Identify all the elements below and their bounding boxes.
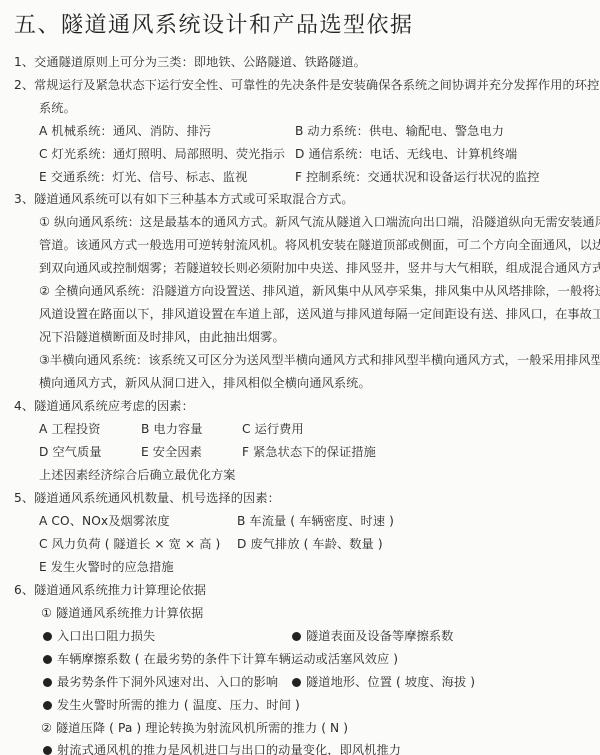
factor-b: B 电力容量	[141, 420, 203, 437]
s3-p3-line1: ③半横向通风系统：该系统又可区分为送风型半横向通风方式和排风型半横向通风方式，一…	[39, 351, 600, 368]
s3-p1-line2: 管道。该通风方式一般选用可逆转射流风机。将风机安装在隧道顶部或侧面，可二个方向全…	[39, 236, 600, 253]
system-item-b: B 动力系统：供电、输配电、警急电力	[295, 122, 504, 139]
page-title: 五、隧道通风系统设计和产品选型依据	[14, 8, 414, 39]
factor-c: C 运行费用	[242, 420, 304, 437]
factor-e: E 安全因素	[141, 443, 202, 460]
fan-factor-b: B 车流量 ( 车辆密度、时速 )	[237, 512, 394, 529]
system-item-e: E 交通系统：灯光、信号、标志、监视	[39, 168, 247, 185]
factor-f: F 紧急状态下的保证措施	[242, 443, 376, 460]
section-2-line2: 系统。	[39, 99, 76, 116]
factor-d: D 空气质量	[39, 443, 102, 460]
system-item-a: A 机械系统：通风、消防、排污	[39, 122, 211, 139]
factor-note: 上述因素经济综合后确立最优化方案	[39, 466, 236, 483]
bullet-item: 隧道表面及设备等摩擦系数	[292, 627, 453, 644]
bullet-icon	[43, 701, 52, 710]
bullet-icon	[292, 678, 301, 687]
factor-a: A 工程投资	[39, 420, 101, 437]
s3-p2-line1: ② 全横向通风系统：沿隧道方向设置送、排风道，新风集中从风亭采集，排风集中从风塔…	[39, 282, 600, 299]
section-5-heading: 5、隧道通风系统通风机数量、机号选择的因素：	[14, 489, 280, 506]
bullet-icon	[43, 678, 52, 687]
s3-p1-line3: 到双向通风或控制烟雾；若隧道较长则必须附加中央送、排风竖井，竖井与大气相联，组成…	[39, 259, 600, 276]
s3-p2-line3: 况下沿隧道横断面及时排风，由此抽出烟雾。	[39, 328, 285, 345]
system-item-c: C 灯光系统：通灯照明、局部照明、荧光指示	[39, 145, 285, 162]
fan-factor-e: E 发生火警时的应急措施	[39, 558, 174, 575]
s3-p3-line2: 横向通风方式，新风从洞口进入，排风相似全横向通风系统。	[39, 374, 371, 391]
system-item-d: D 通信系统：电话、无线电、计算机终端	[295, 145, 517, 162]
bullet-item: 发生火警时所需的推力 ( 温度、压力、时间 )	[43, 696, 300, 713]
fan-factor-c: C 风力负荷 ( 隧道长 × 宽 × 高 )	[39, 535, 220, 552]
system-item-f: F 控制系统：交通状况和设备运行状况的监控	[295, 168, 540, 185]
section-6-heading: 6、隧道通风系统推力计算理论依据	[14, 581, 206, 598]
bullet-icon	[43, 655, 52, 664]
fan-factor-d: D 废气排放 ( 车龄、数量 )	[237, 535, 383, 552]
section-2-line1: 2、常规运行及紧急状态下运行安全性、可靠性的先决条件是安装确保各系统之间协调并充…	[14, 76, 599, 93]
bullet-item: 射流式通风机的推力是风机进口与出口的动量变化，即风机推力	[43, 741, 401, 755]
bullet-item: 车辆摩擦系数 ( 在最劣势的条件下计算车辆运动或活塞风效应 )	[43, 650, 398, 667]
s6-subheading-1: ① 隧道通风系统推力计算依据	[41, 604, 203, 621]
s3-p2-line2: 风道设置在路面以下，排风道设置在车道上部，送风道与排风道每隔一定间距设有送、排风…	[39, 305, 600, 322]
bullet-icon	[292, 632, 301, 641]
section-4-heading: 4、隧道通风系统应考虑的因素：	[14, 397, 194, 414]
s6-subheading-2: ② 隧道压降 ( Pa ) 理论转换为射流风机所需的推力 ( N )	[41, 719, 348, 736]
s3-p1-line1: ① 纵向通风系统：这是最基本的通风方式。新风气流从隧道入口端流向出口端，沿隧道纵…	[39, 213, 600, 230]
bullet-item: 隧道地形、位置 ( 坡度、海拔 )	[292, 673, 475, 690]
bullet-item: 最劣势条件下洞外风速对出、入口的影响	[43, 673, 278, 690]
bullet-icon	[43, 746, 52, 755]
bullet-item: 入口出口阻力损失	[43, 627, 155, 644]
section-3-heading: 3、隧道通风系统可以有如下三种基本方式或可采取混合方式。	[14, 190, 354, 207]
section-1: 1、交通隧道原则上可分为三类：即地铁、公路隧道、铁路隧道。	[14, 53, 366, 70]
bullet-icon	[43, 632, 52, 641]
fan-factor-a: A CO、NOx及烟雾浓度	[39, 512, 170, 529]
